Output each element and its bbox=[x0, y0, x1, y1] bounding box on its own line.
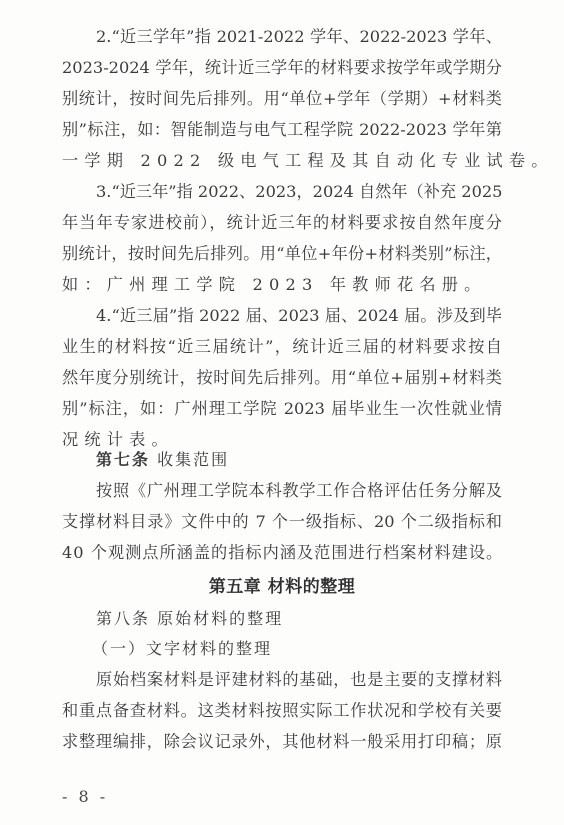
article-7-line-1: 按照《广州理工学院本科教学工作合格评估任务分解及 bbox=[96, 479, 502, 503]
item-2-line-2: 2023-2024 学年，统计近三学年的材料要求按学年或学期分 bbox=[62, 56, 502, 80]
article-8-line-2: 和重点备查材料。这类材料按照实际工作状况和学校有关要 bbox=[62, 699, 502, 723]
item-2-line-3: 别统计，按时间先后排列。用“单位+学年（学期）+材料类 bbox=[62, 87, 502, 111]
item-4-line-2: 业生的材料按“近三届统计”，统计近三届的材料要求按自 bbox=[62, 335, 502, 359]
item-3-line-4: 如：广州理工学院 2023 年教师花名册。 bbox=[62, 273, 502, 297]
item-4-line-4: 别”标注，如：广州理工学院 2023 届毕业生一次性就业情 bbox=[62, 397, 502, 421]
article-8-number: 第八条 bbox=[96, 609, 150, 628]
item-2-line-5: 一学期 2022 级电气工程及其自动化专业试卷。 bbox=[62, 149, 502, 173]
article-8-subsection: （一）文字材料的整理 bbox=[92, 637, 272, 661]
document-page: 2.“近三学年”指 2021-2022 学年、2022-2023 学年、 202… bbox=[0, 0, 564, 825]
item-3-line-2: 年当年专家进校前），统计近三年的材料要求按自然年度分 bbox=[62, 211, 502, 235]
article-8-line-3: 求整理编排，除会议记录外，其他材料一般采用打印稿；原 bbox=[62, 730, 502, 754]
article-7-title: 收集范围 bbox=[157, 450, 229, 469]
article-7-number: 第七条 bbox=[96, 450, 150, 469]
article-8-title: 原始材料的整理 bbox=[157, 609, 283, 628]
item-2-line-1: 2.“近三学年”指 2021-2022 学年、2022-2023 学年、 bbox=[96, 25, 502, 49]
article-8-heading: 第八条 原始材料的整理 bbox=[96, 607, 283, 631]
item-4-line-3: 然年度分别统计，按时间先后排列。用“单位+届别+材料类 bbox=[62, 366, 502, 390]
article-7-heading: 第七条 收集范围 bbox=[96, 448, 229, 472]
page-number: - 8 - bbox=[62, 786, 108, 808]
article-8-line-1: 原始档案材料是评建材料的基础，也是主要的支撑材料 bbox=[96, 668, 502, 692]
article-7-line-2: 支撑材料目录》文件中的 7 个一级指标、20 个二级指标和 bbox=[62, 510, 502, 534]
chapter-heading: 第五章 材料的整理 bbox=[0, 574, 564, 600]
article-7-line-3: 40 个观测点所涵盖的指标内涵及范围进行档案材料建设。 bbox=[62, 541, 502, 565]
item-4-line-1: 4.“近三届”指 2022 届、2023 届、2024 届。涉及到毕 bbox=[96, 304, 502, 328]
item-3-line-1: 3.“近三年”指 2022、2023，2024 自然年（补充 2025 bbox=[96, 180, 502, 204]
item-2-line-4: 别”标注，如：智能制造与电气工程学院 2022-2023 学年第 bbox=[62, 118, 502, 142]
item-3-line-3: 别统计，按时间先后排列。用“单位+年份+材料类别”标注， bbox=[62, 242, 502, 266]
